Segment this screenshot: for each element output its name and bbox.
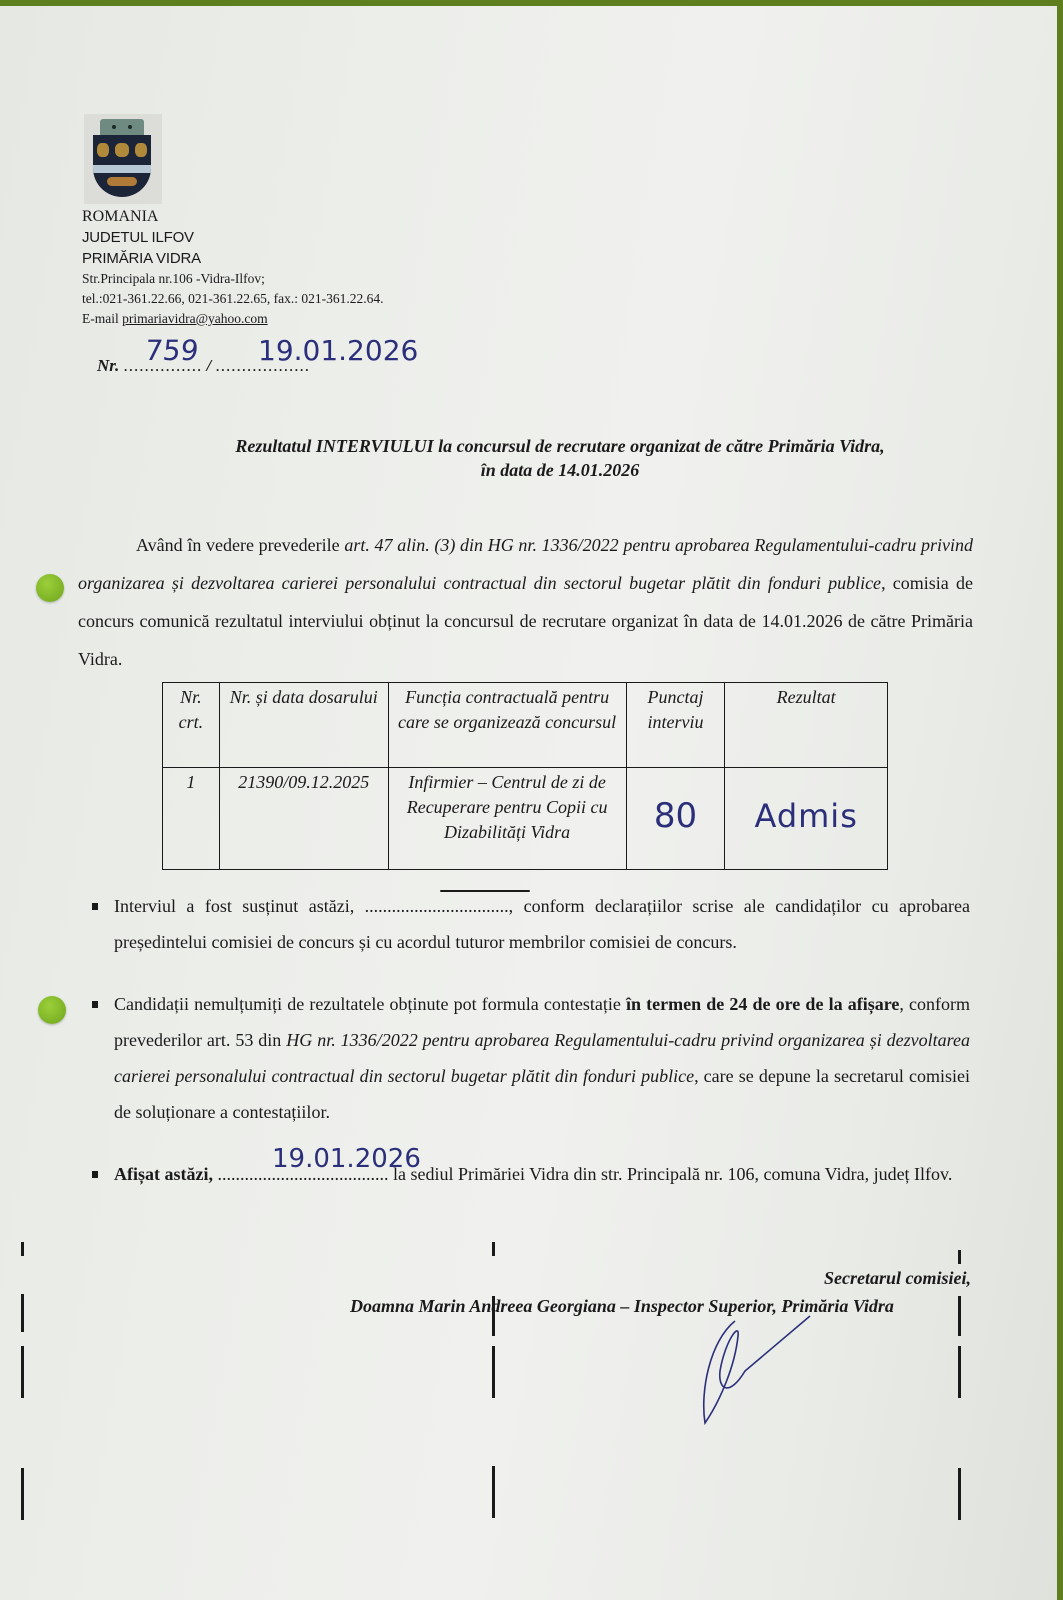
country: ROMANIA <box>82 206 383 227</box>
institution: PRIMĂRIA VIDRA <box>82 248 383 269</box>
handwritten-dash <box>440 890 530 892</box>
header-punctaj: Punctaj interviu <box>626 683 725 768</box>
cell-nr: 1 <box>163 768 220 870</box>
header-rezultat: Rezultat <box>725 683 888 768</box>
punch-hole-dot <box>38 996 66 1024</box>
intro-paragraph: Având în vedere prevederile art. 47 alin… <box>78 526 973 678</box>
note-interview: Interviul a fost susținut astăzi, ......… <box>90 888 970 960</box>
cell-punctaj: 80 <box>626 768 725 870</box>
shield-icon <box>93 135 151 197</box>
registration-number-handwritten: 759 <box>143 334 200 367</box>
cell-dosar: 21390/09.12.2025 <box>219 768 388 870</box>
header-nr-crt: Nr. crt. <box>163 683 220 768</box>
signature-role: Secretarul comisiei, <box>824 1268 971 1289</box>
fold-mark <box>492 1346 495 1398</box>
document-page: ROMANIA JUDETUL ILFOV PRIMĂRIA VIDRA Str… <box>0 6 1057 1600</box>
fold-mark <box>21 1468 24 1520</box>
note-appeal: Candidații nemulțumiți de rezultatele ob… <box>90 986 970 1130</box>
note-posted: Afișat astăzi, .........................… <box>90 1156 970 1192</box>
letterhead: ROMANIA JUDETUL ILFOV PRIMĂRIA VIDRA Str… <box>82 206 383 329</box>
table-header-row: Nr. crt. Nr. și data dosarului Funcția c… <box>163 683 888 768</box>
crown-icon <box>100 119 144 135</box>
fold-mark <box>958 1346 961 1398</box>
notes-list: Interviul a fost susținut astăzi, ......… <box>90 888 970 1192</box>
fold-mark <box>958 1250 961 1264</box>
table-row: 1 21390/09.12.2025 Infirmier – Centrul d… <box>163 768 888 870</box>
cell-functie: Infirmier – Centrul de zi de Recuperare … <box>388 768 626 870</box>
fold-mark <box>958 1296 961 1336</box>
fold-mark <box>492 1296 495 1336</box>
fold-mark <box>21 1294 24 1332</box>
results-table: Nr. crt. Nr. și data dosarului Funcția c… <box>162 682 888 870</box>
fold-mark <box>21 1346 24 1398</box>
email-link[interactable]: primariavidra@yahoo.com <box>122 311 268 326</box>
email-line: E-mail primariavidra@yahoo.com <box>82 309 383 329</box>
punch-hole-dot <box>36 574 64 602</box>
county: JUDETUL ILFOV <box>82 227 383 248</box>
crest-logo <box>84 114 162 204</box>
fold-mark <box>958 1468 961 1520</box>
fold-mark <box>492 1466 495 1518</box>
phones: tel.:021-361.22.66, 021-361.22.65, fax.:… <box>82 289 383 309</box>
cell-rezultat: Admis <box>725 768 888 870</box>
registration-date-handwritten: 19.01.2026 <box>258 334 418 367</box>
header-dosar: Nr. și data dosarului <box>219 683 388 768</box>
address: Str.Principala nr.106 -Vidra-Ilfov; <box>82 269 383 289</box>
posted-date-handwritten: 19.01.2026 <box>272 1144 421 1174</box>
fold-mark <box>21 1242 24 1256</box>
page-title: Rezultatul INTERVIULUI la concursul de r… <box>160 434 960 482</box>
header-functie: Funcția contractuală pentru care se orga… <box>388 683 626 768</box>
signature-icon <box>690 1311 820 1431</box>
fold-mark <box>492 1242 495 1256</box>
